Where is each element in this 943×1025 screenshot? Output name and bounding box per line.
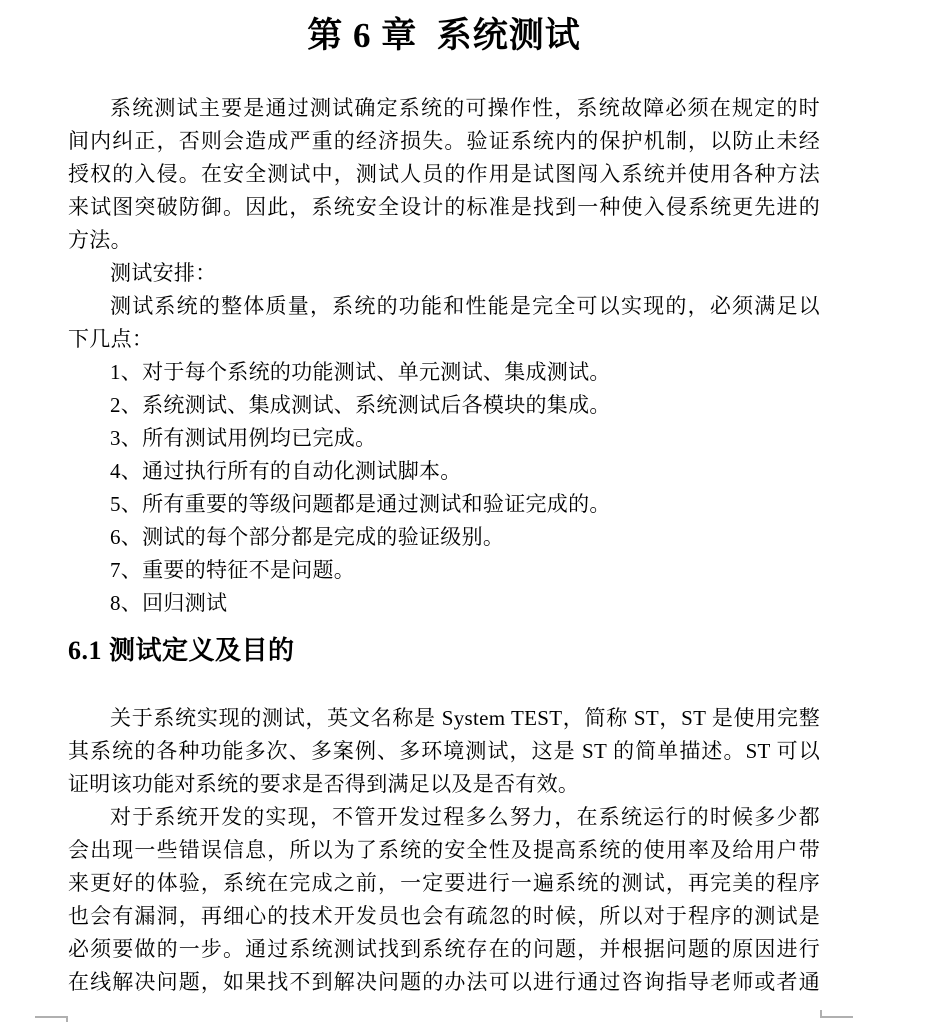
paragraph-line: 其系统的各种功能多次、多案例、多环境测试，这是 ST 的简单描述。ST 可以 [68,735,820,768]
paragraph-line: 也会有漏洞，再细心的技术开发员也会有疏忽的时候，所以对于程序的测试是 [68,900,820,933]
paragraph-line: 系统测试主要是通过测试确定系统的可操作性，系统故障必须在规定的时 [68,92,820,125]
page-margin-mark-left-tick [66,1016,68,1022]
paragraph-line: 对于系统开发的实现，不管开发过程多么努力，在系统运行的时候多少都 [68,801,820,834]
paragraph-line: 间内纠正，否则会造成严重的经济损失。验证系统内的保护机制，以防止未经 [68,125,820,158]
document-page: 第 6 章 系统测试 系统测试主要是通过测试确定系统的可操作性，系统故障必须在规… [0,0,943,1025]
paragraph-line: 必须要做的一步。通过系统测试找到系统存在的问题，并根据问题的原因进行 [68,933,820,966]
paragraph-line: 会出现一些错误信息，所以为了系统的安全性及提高系统的使用率及给用户带 [68,834,820,867]
paragraph-line: 方法。 [68,224,820,257]
chapter-title: 第 6 章 系统测试 [68,14,820,58]
paragraph-line: 来试图突破防御。因此，系统安全设计的标准是找到一种使入侵系统更先进的 [68,191,820,224]
paragraph-line: 来更好的体验，系统在完成之前，一定要进行一遍系统的测试，再完美的程序 [68,867,820,900]
section-heading: 6.1 测试定义及目的 [68,634,820,668]
document-body: 系统测试主要是通过测试确定系统的可操作性，系统故障必须在规定的时间内纠正，否则会… [68,92,820,999]
page-margin-mark-right-horizontal [820,1016,853,1018]
list-item-line: 6、测试的每个部分都是完成的验证级别。 [68,521,820,554]
list-item-line: 2、系统测试、集成测试、系统测试后各模块的集成。 [68,389,820,422]
list-item-line: 4、通过执行所有的自动化测试脚本。 [68,455,820,488]
paragraph-line: 测试系统的整体质量，系统的功能和性能是完全可以实现的，必须满足以 [68,290,820,323]
page-margin-mark-left-horizontal [35,1016,68,1018]
list-item-line: 5、所有重要的等级问题都是通过测试和验证完成的。 [68,488,820,521]
list-item-line: 3、所有测试用例均已完成。 [68,422,820,455]
paragraph-line: 下几点： [68,323,820,356]
page-margin-mark-right-tick [820,1010,822,1018]
list-item-line: 8、回归测试 [68,587,820,620]
paragraph-line: 授权的入侵。在安全测试中，测试人员的作用是试图闯入系统并使用各种方法 [68,158,820,191]
paragraph-line: 测试安排： [68,257,820,290]
list-item-line: 7、重要的特征不是问题。 [68,554,820,587]
paragraph-line: 证明该功能对系统的要求是否得到满足以及是否有效。 [68,768,820,801]
list-item-line: 1、对于每个系统的功能测试、单元测试、集成测试。 [68,356,820,389]
paragraph-line: 在线解决问题，如果找不到解决问题的办法可以进行通过咨询指导老师或者通 [68,966,820,999]
paragraph-line: 关于系统实现的测试，英文名称是 System TEST，简称 ST，ST 是使用… [68,702,820,735]
